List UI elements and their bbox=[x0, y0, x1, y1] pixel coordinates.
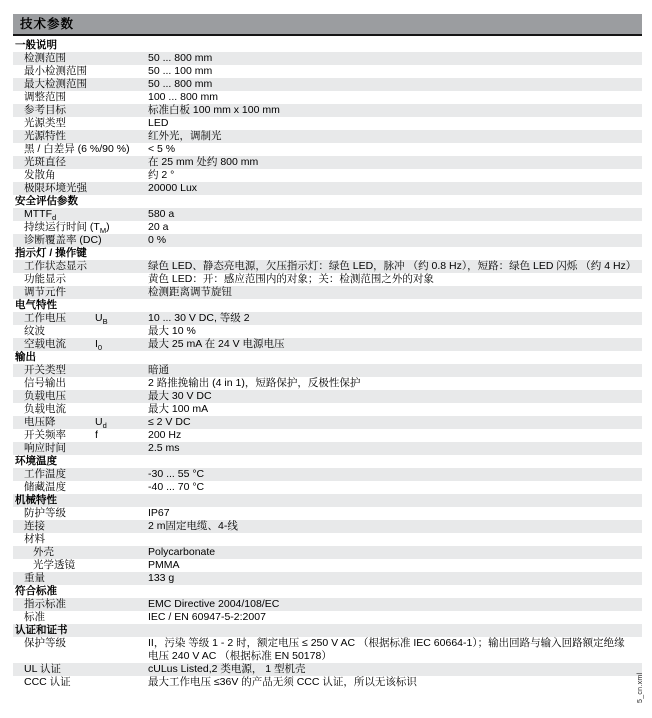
spec-row: 调节元件检测距离调节旋钮 bbox=[13, 286, 642, 299]
spec-row: 诊断覆盖率 (DC)0 % bbox=[13, 234, 642, 247]
spec-label: 持续运行时间 (TM) bbox=[24, 221, 148, 234]
spec-row: 纹波最大 10 % bbox=[13, 325, 642, 338]
spec-row: 连接2 m固定电缆、4-线 bbox=[13, 520, 642, 533]
spec-label: 光斑直径 bbox=[24, 156, 148, 169]
spec-label: 工作状态显示 bbox=[24, 260, 148, 273]
spec-value: cULus Listed,2 类电源， 1 型机壳 bbox=[148, 663, 632, 676]
spec-label: 最小检测范围 bbox=[24, 65, 148, 78]
spec-label: 保护等级 bbox=[24, 637, 148, 663]
spec-row: 黑 / 白差异 (6 %/90 %)< 5 % bbox=[13, 143, 642, 156]
spec-value: 最大 100 mA bbox=[148, 403, 632, 416]
spec-value: PMMA bbox=[148, 559, 632, 572]
spec-label: 调整范围 bbox=[24, 91, 148, 104]
section-header: 输出 bbox=[13, 351, 642, 364]
spec-value: 2 m固定电缆、4-线 bbox=[148, 520, 632, 533]
spec-value: < 5 % bbox=[148, 143, 632, 156]
spec-row: 空载电流I0最大 25 mA 在 24 V 电源电压 bbox=[13, 338, 642, 351]
spec-value: 最大 30 V DC bbox=[148, 390, 632, 403]
spec-label: 检测范围 bbox=[24, 52, 148, 65]
spec-label: 最大检测范围 bbox=[24, 78, 148, 91]
spec-row: 光源特性红外光，调制光 bbox=[13, 130, 642, 143]
spec-symbol: f bbox=[95, 429, 98, 442]
spec-row: 光学透镜PMMA bbox=[13, 559, 642, 572]
spec-row: 储藏温度-40 ... 70 °C bbox=[13, 481, 642, 494]
spec-label: UL 认证 bbox=[24, 663, 148, 676]
spec-row: 最大检测范围50 ... 800 mm bbox=[13, 78, 642, 91]
spec-label: 诊断覆盖率 (DC) bbox=[24, 234, 148, 247]
spec-label: 极限环境光强 bbox=[24, 182, 148, 195]
spec-row: 调整范围100 ... 800 mm bbox=[13, 91, 642, 104]
section-header: 机械特性 bbox=[13, 494, 642, 507]
spec-label: 响应时间 bbox=[24, 442, 148, 455]
spec-label: 发散角 bbox=[24, 169, 148, 182]
spec-row: 材料 bbox=[13, 533, 642, 546]
section-header: 认证和证书 bbox=[13, 624, 642, 637]
section-header: 符合标准 bbox=[13, 585, 642, 598]
spec-label: 信号输出 bbox=[24, 377, 148, 390]
spec-label: 防护等级 bbox=[24, 507, 148, 520]
spec-value: IP67 bbox=[148, 507, 632, 520]
spec-row: 发散角约 2 ° bbox=[13, 169, 642, 182]
spec-value: ≤ 2 V DC bbox=[148, 416, 632, 429]
spec-value: EMC Directive 2004/108/EC bbox=[148, 598, 632, 611]
spec-value: 最大 10 % bbox=[148, 325, 632, 338]
spec-value: 200 Hz bbox=[148, 429, 632, 442]
spec-row: 工作状态显示绿色 LED、静态亮电源，欠压指示灯：绿色 LED，脉冲 （约 0.… bbox=[13, 260, 642, 273]
spec-symbol: UB bbox=[95, 312, 108, 325]
spec-table: 一般说明检测范围50 ... 800 mm最小检测范围50 ... 100 mm… bbox=[13, 39, 642, 689]
spec-value: 580 a bbox=[148, 208, 632, 221]
spec-label: 材料 bbox=[24, 533, 148, 546]
spec-value: 2 路推挽输出 (4 in 1)，短路保护，反极性保护 bbox=[148, 377, 632, 390]
spec-value: 红外光，调制光 bbox=[148, 130, 632, 143]
spec-label: 重量 bbox=[24, 572, 148, 585]
spec-row: 负载电压最大 30 V DC bbox=[13, 390, 642, 403]
spec-value: -30 ... 55 °C bbox=[148, 468, 632, 481]
spec-value: 检测距离调节旋钮 bbox=[148, 286, 632, 299]
spec-row: 光斑直径在 25 mm 处约 800 mm bbox=[13, 156, 642, 169]
spec-label: 调节元件 bbox=[24, 286, 148, 299]
spec-row: 负载电流最大 100 mA bbox=[13, 403, 642, 416]
spec-row: 功能显示黄色 LED：开：感应范围内的对象；关：检测范围之外的对象 bbox=[13, 273, 642, 286]
spec-row: CCC 认证最大工作电压 ≤36V 的产品无须 CCC 认证，所以无该标识 bbox=[13, 676, 642, 689]
spec-label: 纹波 bbox=[24, 325, 148, 338]
spec-row: 极限环境光强20000 Lux bbox=[13, 182, 642, 195]
spec-value: 0 % bbox=[148, 234, 632, 247]
spec-label: 储藏温度 bbox=[24, 481, 148, 494]
spec-label: 负载电压 bbox=[24, 390, 148, 403]
spec-label: 标准 bbox=[24, 611, 148, 624]
spec-label: 空载电流 bbox=[24, 338, 148, 351]
datasheet-page: 技术参数 一般说明检测范围50 ... 800 mm最小检测范围50 ... 1… bbox=[13, 14, 642, 689]
spec-value: 100 ... 800 mm bbox=[148, 91, 632, 104]
spec-label: 光源类型 bbox=[24, 117, 148, 130]
spec-row: 工作温度-30 ... 55 °C bbox=[13, 468, 642, 481]
spec-label: 功能显示 bbox=[24, 273, 148, 286]
spec-row: 防护等级IP67 bbox=[13, 507, 642, 520]
spec-label: CCC 认证 bbox=[24, 676, 148, 689]
spec-label: 连接 bbox=[24, 520, 148, 533]
spec-label: 工作电压 bbox=[24, 312, 148, 325]
spec-value: 50 ... 800 mm bbox=[148, 78, 632, 91]
spec-row: 电压降Ud≤ 2 V DC bbox=[13, 416, 642, 429]
spec-value: IEC / EN 60947-5-2:2007 bbox=[148, 611, 632, 624]
spec-value: 133 g bbox=[148, 572, 632, 585]
section-header: 安全评估参数 bbox=[13, 195, 642, 208]
spec-value: 约 2 ° bbox=[148, 169, 632, 182]
spec-row: 工作电压UB10 ... 30 V DC, 等级 2 bbox=[13, 312, 642, 325]
spec-value: 标准白板 100 mm x 100 mm bbox=[148, 104, 632, 117]
spec-row: 重量133 g bbox=[13, 572, 642, 585]
spec-value: 50 ... 800 mm bbox=[148, 52, 632, 65]
spec-label: 黑 / 白差异 (6 %/90 %) bbox=[24, 143, 148, 156]
spec-label: 光源特性 bbox=[24, 130, 148, 143]
spec-row: 参考目标标准白板 100 mm x 100 mm bbox=[13, 104, 642, 117]
spec-row: 信号输出2 路推挽输出 (4 in 1)，短路保护，反极性保护 bbox=[13, 377, 642, 390]
spec-value: LED bbox=[148, 117, 632, 130]
section-header: 电气特性 bbox=[13, 299, 642, 312]
spec-row: 光源类型LED bbox=[13, 117, 642, 130]
spec-value: II，污染 等级 1 - 2 时，额定电压 ≤ 250 V AC （根据标准 I… bbox=[148, 637, 632, 663]
spec-label: 电压降 bbox=[24, 416, 148, 429]
spec-value bbox=[148, 533, 632, 546]
section-header: 环境温度 bbox=[13, 455, 642, 468]
spec-row: 持续运行时间 (TM)20 a bbox=[13, 221, 642, 234]
page-title: 技术参数 bbox=[13, 14, 642, 36]
spec-value: Polycarbonate bbox=[148, 546, 632, 559]
spec-value: 10 ... 30 V DC, 等级 2 bbox=[148, 312, 632, 325]
spec-label: 外壳 bbox=[24, 546, 148, 559]
spec-value: 在 25 mm 处约 800 mm bbox=[148, 156, 632, 169]
spec-label: 开关频率 bbox=[24, 429, 148, 442]
spec-label: 工作温度 bbox=[24, 468, 148, 481]
spec-value: 20000 Lux bbox=[148, 182, 632, 195]
spec-row: 检测范围50 ... 800 mm bbox=[13, 52, 642, 65]
spec-row: 响应时间2.5 ms bbox=[13, 442, 642, 455]
section-header: 一般说明 bbox=[13, 39, 642, 52]
spec-value: 最大 25 mA 在 24 V 电源电压 bbox=[148, 338, 632, 351]
spec-row: 标准IEC / EN 60947-5-2:2007 bbox=[13, 611, 642, 624]
section-header: 指示灯 / 操作键 bbox=[13, 247, 642, 260]
spec-label: 参考目标 bbox=[24, 104, 148, 117]
spec-label: MTTFd bbox=[24, 208, 148, 221]
spec-row: 开关频率f200 Hz bbox=[13, 429, 642, 442]
spec-row: 开关类型暗通 bbox=[13, 364, 642, 377]
spec-value: 50 ... 100 mm bbox=[148, 65, 632, 78]
spec-value: 20 a bbox=[148, 221, 632, 234]
spec-symbol: I0 bbox=[95, 338, 102, 351]
spec-row: 外壳Polycarbonate bbox=[13, 546, 642, 559]
spec-value: 绿色 LED、静态亮电源，欠压指示灯：绿色 LED，脉冲 （约 0.8 Hz），… bbox=[148, 260, 632, 273]
spec-value: -40 ... 70 °C bbox=[148, 481, 632, 494]
spec-row: MTTFd580 a bbox=[13, 208, 642, 221]
spec-row: 指示标准EMC Directive 2004/108/EC bbox=[13, 598, 642, 611]
spec-row: UL 认证cULus Listed,2 类电源， 1 型机壳 bbox=[13, 663, 642, 676]
spec-label: 指示标准 bbox=[24, 598, 148, 611]
spec-label: 光学透镜 bbox=[24, 559, 148, 572]
spec-row: 最小检测范围50 ... 100 mm bbox=[13, 65, 642, 78]
spec-value: 暗通 bbox=[148, 364, 632, 377]
spec-row: 保护等级II，污染 等级 1 - 2 时，额定电压 ≤ 250 V AC （根据… bbox=[13, 637, 642, 663]
spec-value: 黄色 LED：开：感应范围内的对象；关：检测范围之外的对象 bbox=[148, 273, 632, 286]
spec-label: 开关类型 bbox=[24, 364, 148, 377]
spec-symbol: Ud bbox=[95, 416, 107, 429]
vertical-file-label: 5_cn.xml bbox=[637, 673, 644, 703]
spec-value: 最大工作电压 ≤36V 的产品无须 CCC 认证，所以无该标识 bbox=[148, 676, 632, 689]
spec-label: 负载电流 bbox=[24, 403, 148, 416]
spec-value: 2.5 ms bbox=[148, 442, 632, 455]
